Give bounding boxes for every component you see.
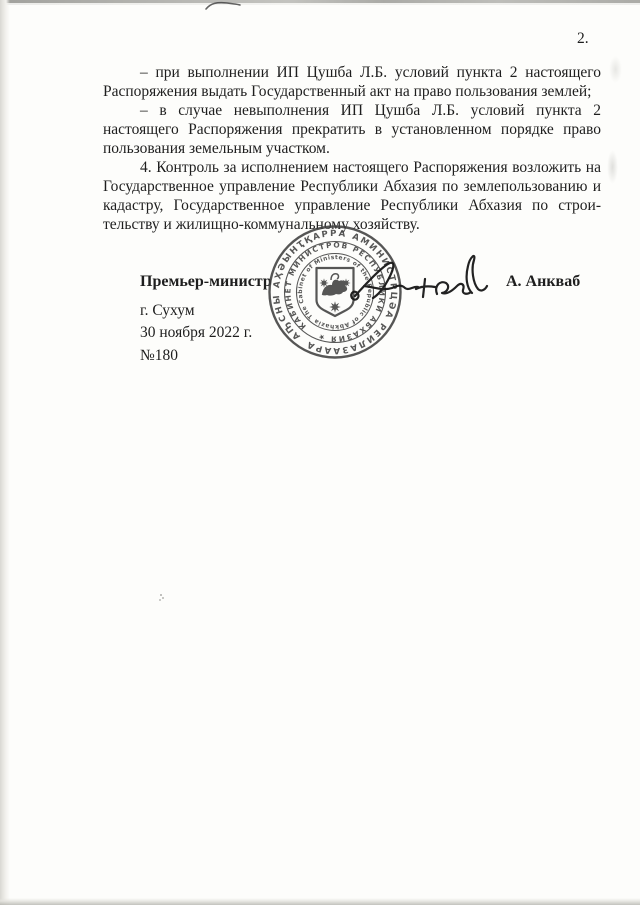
scan-artifact-smudge (607, 150, 618, 184)
signer-name: А. Анкваб (506, 272, 580, 291)
text-line: – в случае невыполнения ИП Цушба Л.Б. ус… (103, 101, 601, 120)
scan-artifact-top-shadow (0, 3, 640, 5)
text-line: Распоряжения выдать Государственный акт … (103, 82, 601, 101)
text-line: настоящего Распоряжения прекратить в уст… (103, 120, 601, 139)
scan-artifact-speck (160, 594, 162, 596)
signature (330, 240, 490, 310)
document-body: – при выполнении ИП Цушба Л.Б. условий п… (103, 63, 601, 234)
document-page: 2. – при выполнении ИП Цушба Л.Б. услови… (0, 0, 640, 905)
scan-artifact-left-edge (0, 0, 10, 905)
scan-artifact-pen-mark (203, 0, 243, 12)
scan-artifact-smudge (609, 56, 622, 83)
date-line: 30 ноября 2022 г. (140, 323, 252, 342)
document-number: №180 (140, 346, 178, 365)
text-line: 4. Контроль за исполнением настоящего Ра… (103, 158, 601, 177)
scan-artifact-bottom-edge (0, 898, 640, 905)
page-number: 2. (577, 29, 589, 48)
text-line: Государственное управление Республики Аб… (103, 177, 601, 196)
text-line: кадастру, Государственное управление Рес… (103, 196, 601, 215)
text-line: пользования земельным участком. (103, 139, 601, 158)
signer-title: Премьер-министр (140, 272, 272, 291)
city-line: г. Сухум (140, 301, 195, 320)
text-line: – при выполнении ИП Цушба Л.Б. условий п… (103, 63, 601, 82)
